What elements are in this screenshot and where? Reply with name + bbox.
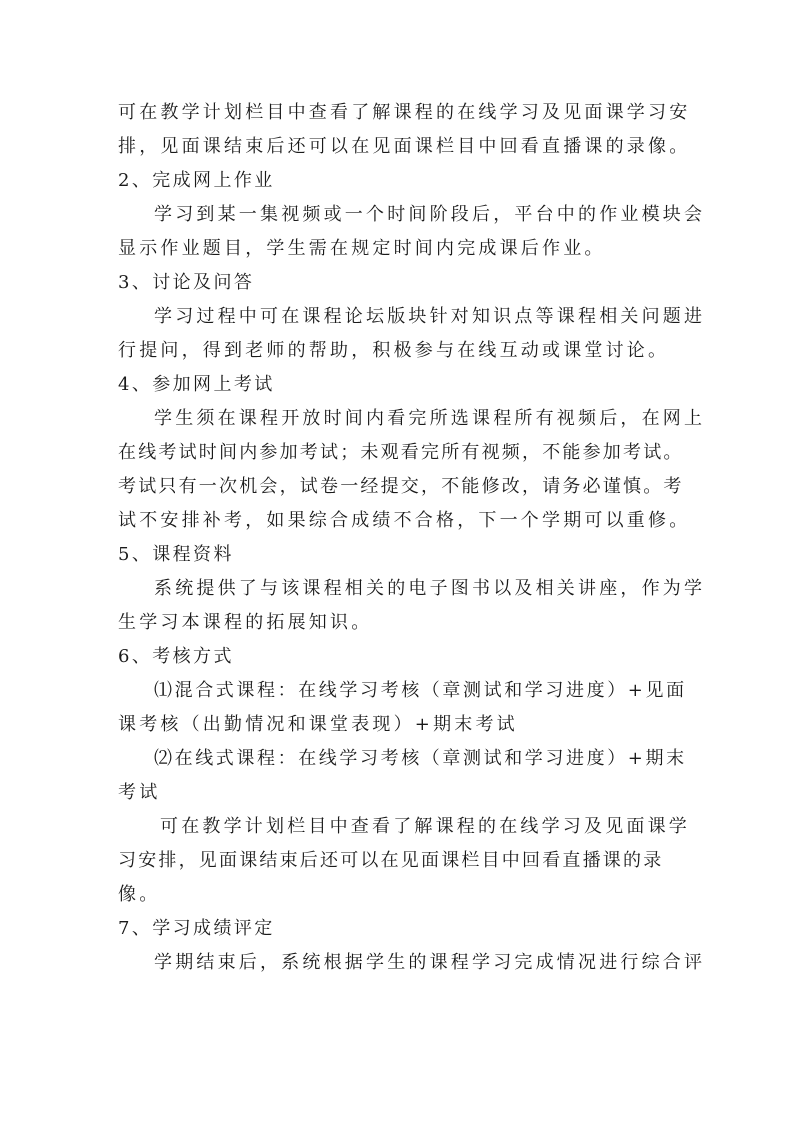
paragraph-line: 考试只有一次机会，试卷一经提交，不能修改，请务必谨慎。考: [118, 472, 678, 502]
section-heading-2: 2、完成网上作业: [118, 166, 678, 196]
paragraph-line: 在线考试时间内参加考试；未观看完所有视频，不能参加考试。: [118, 438, 678, 468]
paragraph-line: 生学习本课程的拓展知识。: [118, 608, 678, 638]
section-heading-5: 5、课程资料: [118, 540, 678, 570]
paragraph-line: 试不安排补考，如果综合成绩不合格，下一个学期可以重修。: [118, 506, 678, 536]
paragraph-line: 学习到某一集视频或一个时间阶段后，平台中的作业模块会: [118, 200, 678, 230]
paragraph-line: 系统提供了与该课程相关的电子图书以及相关讲座，作为学: [118, 574, 678, 604]
paragraph-line: 习安排，见面课结束后还可以在见面课栏目中回看直播课的录: [118, 846, 678, 876]
paragraph-line: 行提问，得到老师的帮助，积极参与在线互动或课堂讨论。: [118, 336, 678, 366]
section-heading-6: 6、考核方式: [118, 642, 678, 672]
section-heading-4: 4、参加网上考试: [118, 370, 678, 400]
list-item-1: ⑴混合式课程：在线学习考核（章测试和学习进度）+见面: [118, 676, 678, 706]
section-heading-3: 3、讨论及问答: [118, 268, 678, 298]
paragraph-line: 可在教学计划栏目中查看了解课程的在线学习及见面课学: [118, 812, 678, 842]
paragraph-line: 学生须在课程开放时间内看完所选课程所有视频后，在网上: [118, 404, 678, 434]
paragraph-line: 学习过程中可在课程论坛版块针对知识点等课程相关问题进: [118, 302, 678, 332]
paragraph-line: 课考核（出勤情况和课堂表现）+期末考试: [118, 710, 678, 740]
paragraph-line: 考试: [118, 778, 678, 808]
paragraph-line: 学期结束后，系统根据学生的课程学习完成情况进行综合评: [118, 948, 678, 978]
document-page: 可在教学计划栏目中查看了解课程的在线学习及见面课学习安 排，见面课结束后还可以在…: [0, 0, 793, 1122]
list-item-2: ⑵在线式课程：在线学习考核（章测试和学习进度）+期末: [118, 744, 678, 774]
section-heading-7: 7、学习成绩评定: [118, 914, 678, 944]
paragraph-line: 像。: [118, 880, 678, 910]
paragraph-line: 显示作业题目，学生需在规定时间内完成课后作业。: [118, 234, 678, 264]
paragraph-line: 排，见面课结束后还可以在见面课栏目中回看直播课的录像。: [118, 132, 678, 162]
paragraph-line: 可在教学计划栏目中查看了解课程的在线学习及见面课学习安: [118, 98, 678, 128]
